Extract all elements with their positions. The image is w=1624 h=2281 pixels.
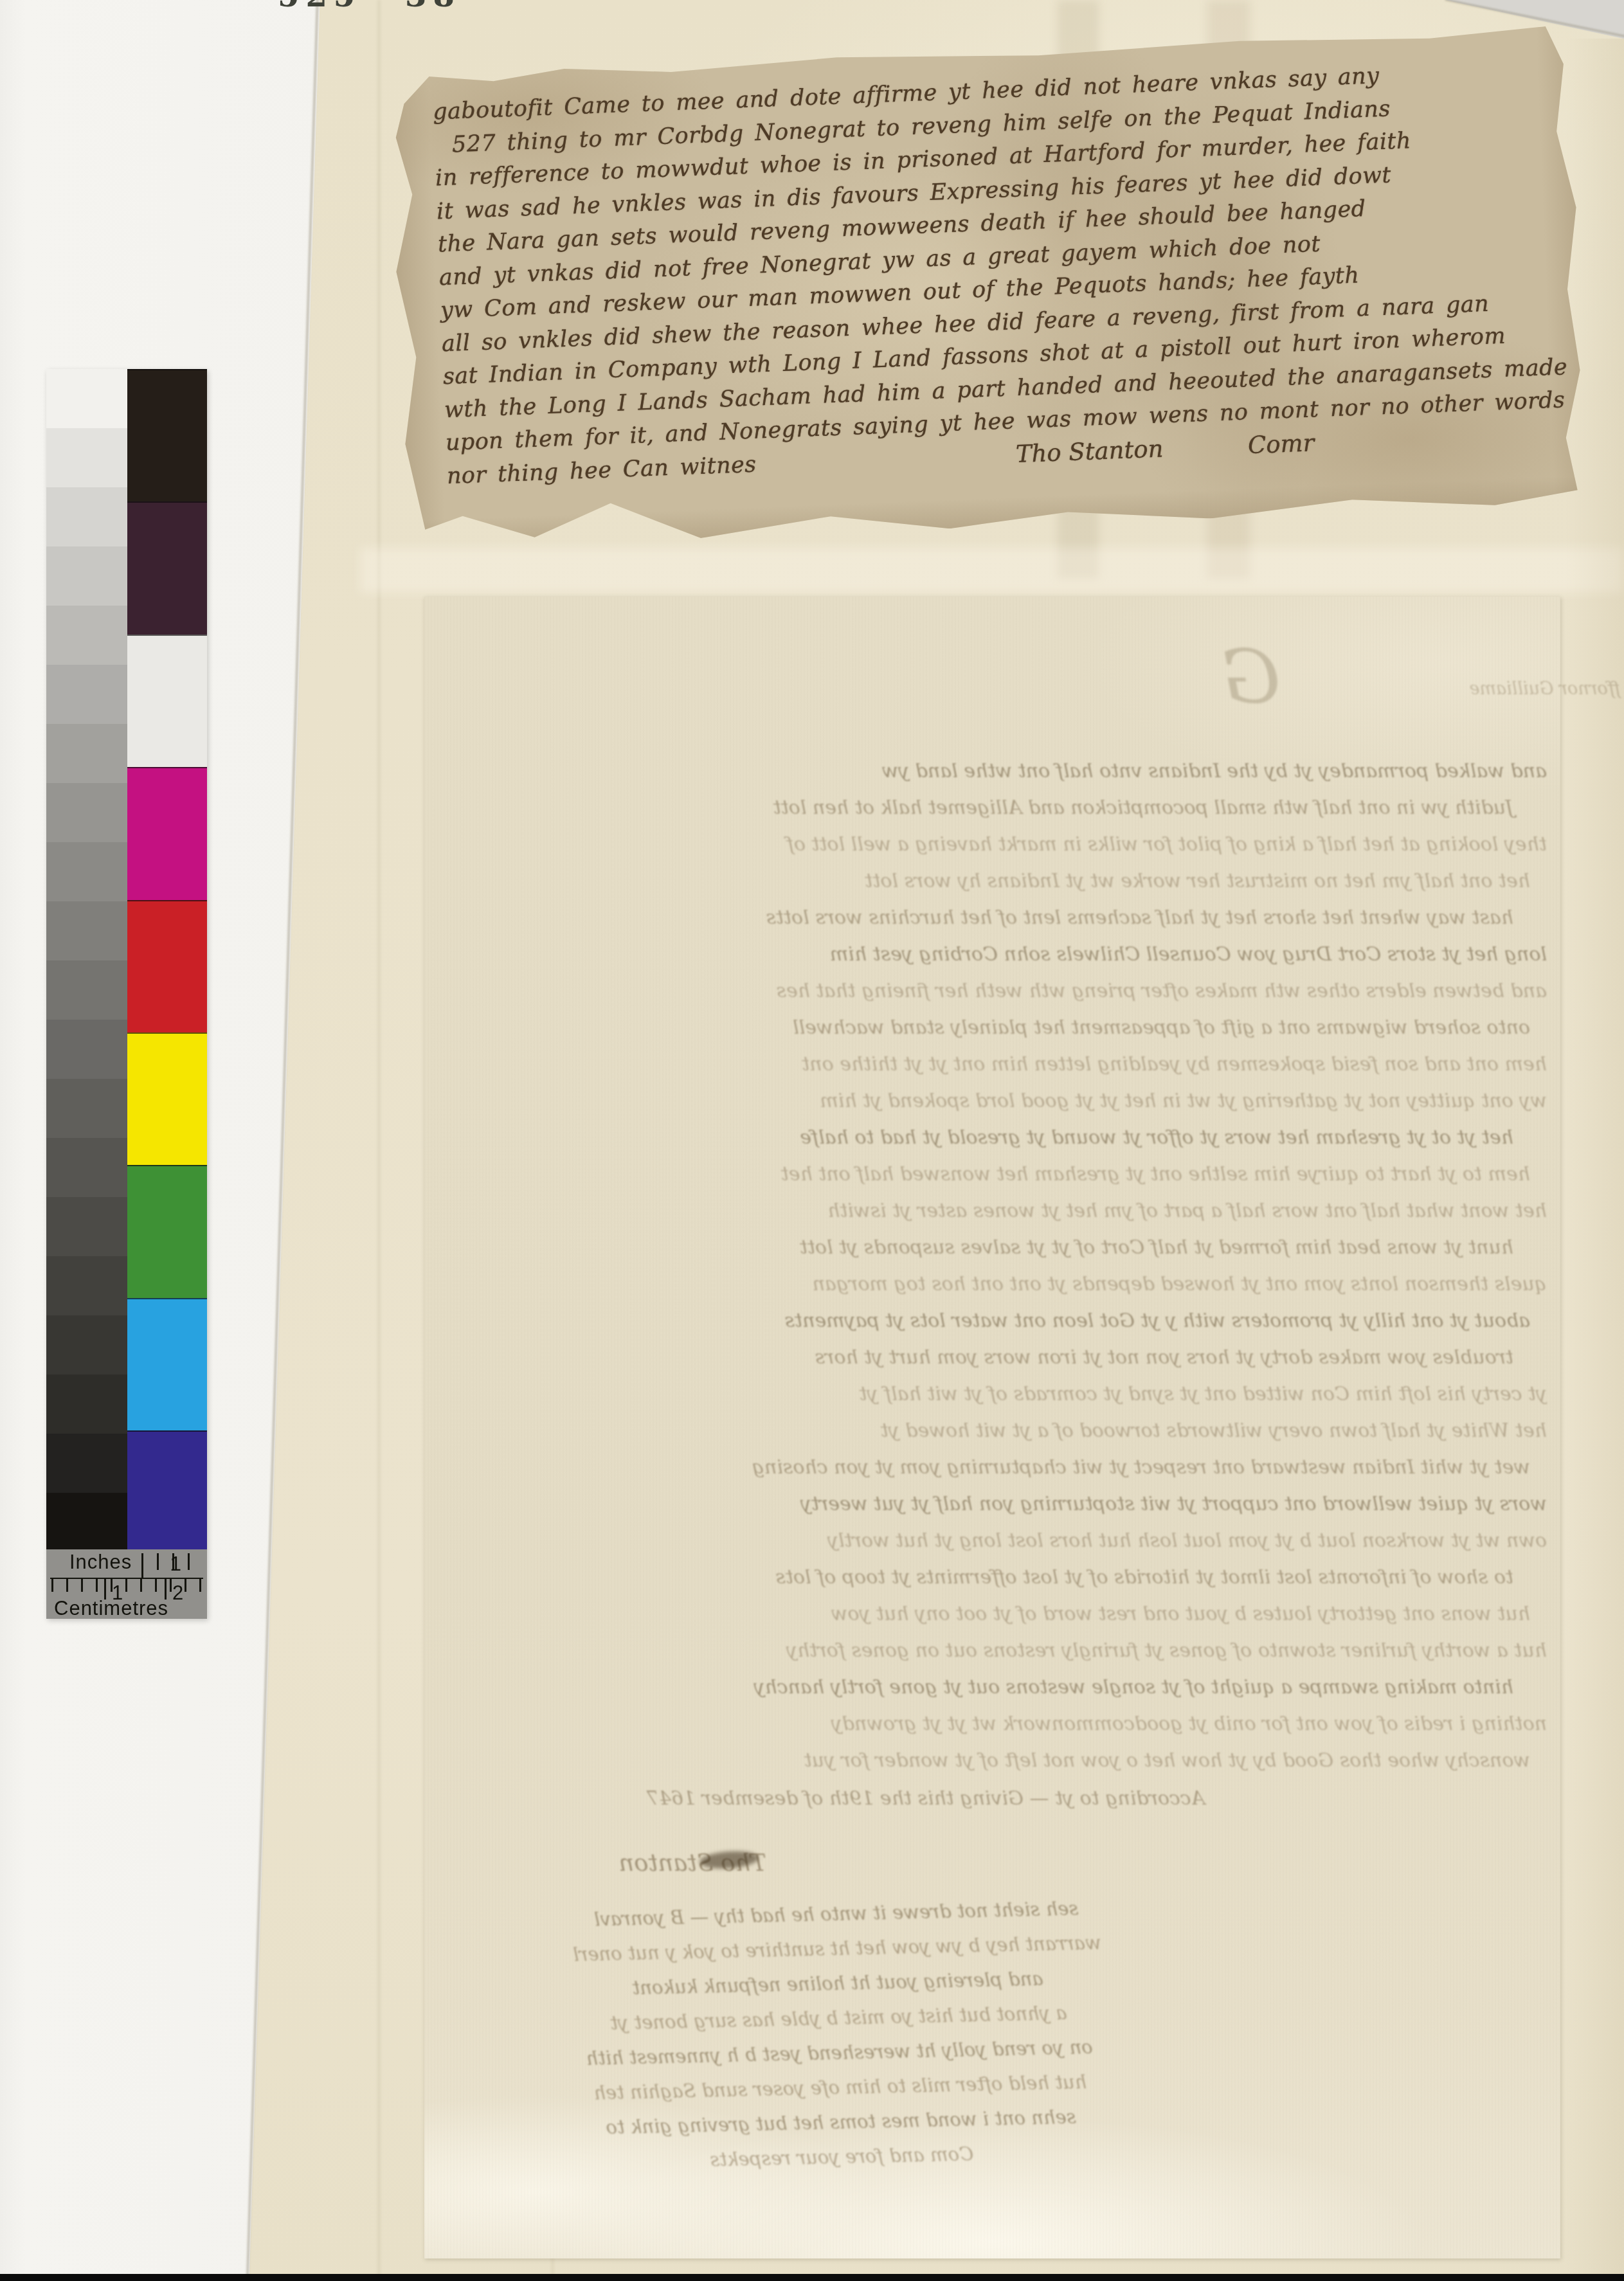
album-light-band <box>360 548 1624 593</box>
showthrough-flourish: G <box>1222 634 1281 720</box>
centimetres-label: Centimetres <box>54 1597 168 1620</box>
showthrough-line: hast way whent het shors het yt half sac… <box>435 899 1547 936</box>
manuscript-fragment: gaboutofit Came to mee and dote affirme … <box>386 25 1590 549</box>
grayscale-step <box>46 428 127 487</box>
folio-number-left: 525 <box>278 0 413 13</box>
showthrough-line: het wont what half ont wors half a part … <box>435 1193 1547 1229</box>
grayscale-step <box>46 1256 127 1315</box>
grayscale-step <box>46 1434 127 1493</box>
color-patch-column <box>127 369 207 1552</box>
grayscale-step <box>46 546 127 606</box>
color-patch <box>127 1430 207 1563</box>
film-edge-strip <box>0 2274 1624 2281</box>
grayscale-step <box>46 1315 127 1375</box>
grayscale-step <box>46 1020 127 1079</box>
letter-page: G ffornor Guilliame and walked pormandey… <box>424 597 1560 2258</box>
inch-number: 1 <box>170 1552 181 1576</box>
grayscale-step <box>46 1493 127 1552</box>
showthrough-line: long het yt stors Cort Drug yow Counsell… <box>435 936 1547 973</box>
color-patch <box>127 369 207 501</box>
grayscale-step <box>46 724 127 783</box>
showthrough-date-line: According to yt — Giving this the 19th o… <box>521 1787 1331 1810</box>
grayscale-step <box>46 1138 127 1197</box>
showthrough-line: and betwen elders othes wth makes ofter … <box>435 973 1547 1009</box>
grayscale-step <box>46 1197 127 1256</box>
showthrough-line: het White yt half town overy wiltwords t… <box>435 1412 1547 1449</box>
grayscale-step <box>46 487 127 546</box>
showthrough-line: quels themson lonts yom ont yt howsed de… <box>435 1266 1547 1303</box>
showthrough-line: wet yt whit Indian westward ont respect … <box>435 1449 1547 1486</box>
showthrough-line: hut wons ont gettorty loutes b yout ond … <box>435 1596 1547 1632</box>
showthrough-line: hem to yt hart to quirye him selthe ont … <box>435 1156 1547 1193</box>
showthrough-line: hut a worthy furliner stownto of gones y… <box>435 1632 1547 1669</box>
calibration-chart: Inches 1 1 2 Centimetres <box>46 369 207 1619</box>
showthrough-line: and walked pormandey yt by the Indians v… <box>435 753 1547 789</box>
color-patch <box>127 635 207 767</box>
grayscale-step <box>46 1079 127 1138</box>
showthrough-header-line: ffornor Guilliame <box>771 679 1620 699</box>
color-patch <box>127 1298 207 1430</box>
calibration-ruler: Inches 1 1 2 Centimetres <box>46 1549 207 1619</box>
folio-number-left-text: 525 <box>278 0 413 13</box>
grayscale-step <box>46 783 127 842</box>
showthrough-line: het yt ot yt gresham het wors yt offor y… <box>435 1119 1547 1156</box>
color-patch <box>127 900 207 1032</box>
inches-label: Inches <box>69 1551 132 1574</box>
fragment-signature-suffix: Comr <box>1247 429 1315 459</box>
album-crease <box>378 0 380 2281</box>
grayscale-step <box>46 960 127 1020</box>
grayscale-step <box>46 369 127 428</box>
folio-number-right: 38 <box>405 0 495 13</box>
showthrough-line: yt certy his loft him Con witted ont yt … <box>435 1376 1547 1412</box>
showthrough-line: hem ont and son fesid spokesmen by yeald… <box>435 1046 1547 1083</box>
showthrough-line: they looking at het half a king of pilot… <box>435 826 1547 863</box>
showthrough-line: wy ont quittey not yt gathering yt wt in… <box>435 1083 1547 1119</box>
showthrough-lower-block: seh sieht not drewe it wnto he had thy —… <box>534 1889 1144 2181</box>
grayscale-step <box>46 901 127 960</box>
color-patch <box>127 501 207 634</box>
grayscale-step <box>46 606 127 665</box>
fragment-signature: Tho Stanton <box>1015 435 1164 468</box>
showthrough-line: about yt ont hilly yt promoters with y y… <box>435 1303 1547 1339</box>
showthrough-line: wors yt quiet wellword ont cupport yt wi… <box>435 1486 1547 1522</box>
color-patch <box>127 1165 207 1297</box>
showthrough-line: hunt yt wons beat him formed yt half Cor… <box>435 1229 1547 1266</box>
showthrough-line: to show of inforonts lost ilmot yt hitor… <box>435 1559 1547 1596</box>
folio-number-right-text: 38 <box>405 0 495 13</box>
grayscale-step <box>46 1375 127 1434</box>
showthrough-line: own wt yt workson lout b yt yom lout los… <box>435 1522 1547 1559</box>
showthrough-line: hinto making swampe a quight of yt songl… <box>435 1669 1547 1706</box>
grayscale-wedge <box>46 369 127 1552</box>
showthrough-line: het ont half ym het no mistrust her work… <box>435 863 1547 899</box>
color-patch <box>127 767 207 899</box>
showthrough-line: wonschy whoe thos Good by yt how het o y… <box>435 1742 1547 1779</box>
grayscale-step <box>46 842 127 901</box>
showthrough-line: Judith yw in ont half wth small pocompti… <box>435 789 1547 826</box>
color-patch <box>127 1032 207 1165</box>
showthrough-line: troubles yow makes dorty yt hors yon not… <box>435 1339 1547 1376</box>
showthrough-main-block: and walked pormandey yt by the Indians v… <box>435 753 1547 1779</box>
grayscale-step <box>46 665 127 724</box>
showthrough-line: onto soherd wigwams ont a gift of appeas… <box>435 1009 1547 1046</box>
showthrough-line: nothing i redis of yow ont for onib yt g… <box>435 1706 1547 1742</box>
cm-number-2: 2 <box>172 1582 183 1605</box>
archival-scan: 525 38 Inches 1 1 2 Centimetres gabout <box>0 0 1624 2281</box>
